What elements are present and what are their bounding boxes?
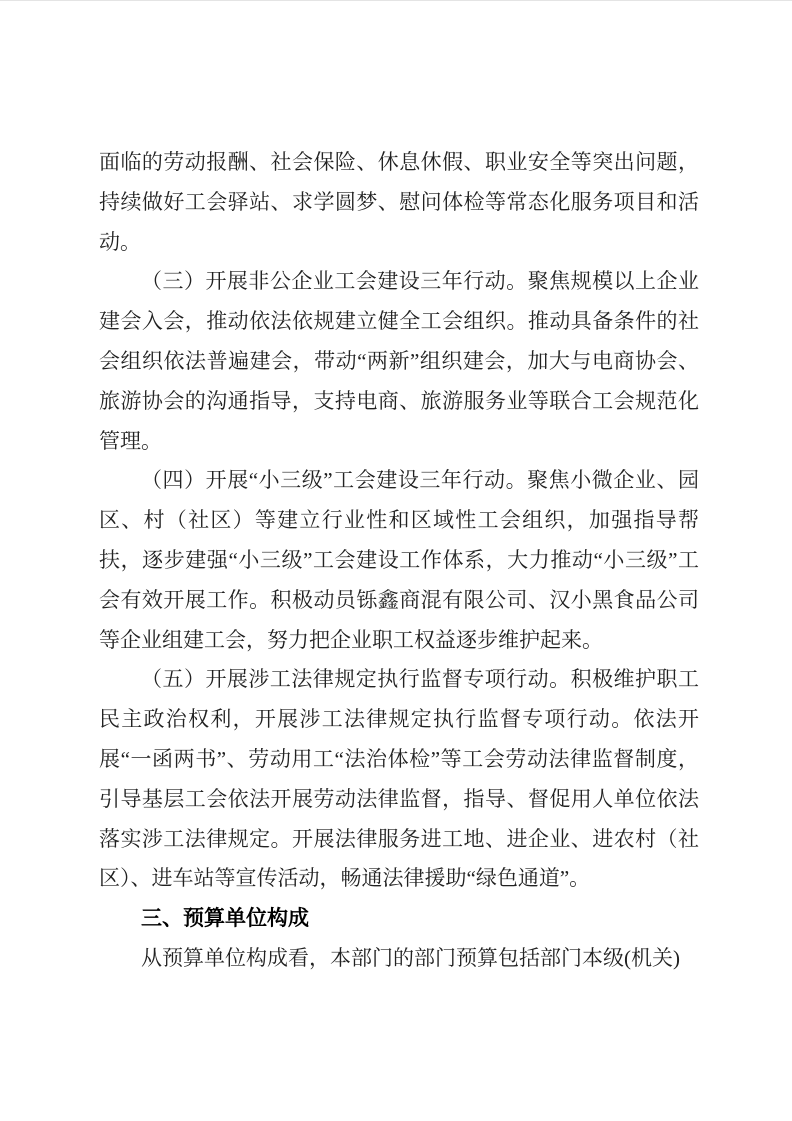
paragraph-item-5-legal-supervision: （五）开展涉工法律规定执行监督专项行动。积极维护职工民主政治权利，开展涉工法律规… <box>99 660 699 899</box>
paragraph-item-4-small-three-level: （四）开展“小三级”工会建设三年行动。聚焦小微企业、园区、村（社区）等建立行业性… <box>99 461 699 660</box>
paragraph-item-3-nonpublic-union: （三）开展非公企业工会建设三年行动。聚焦规模以上企业建会入会，推动依法依规建立健… <box>99 262 699 461</box>
paragraph-worker-services-continuation: 面临的劳动报酬、社会保险、休息休假、职业安全等突出问题，持续做好工会驿站、求学圆… <box>99 143 699 262</box>
section-heading-budget-unit-composition: 三、预算单位构成 <box>99 899 699 939</box>
document-content: 面临的劳动报酬、社会保险、休息休假、职业安全等突出问题，持续做好工会驿站、求学圆… <box>99 143 699 979</box>
paragraph-budget-unit-intro: 从预算单位构成看，本部门的部门预算包括部门本级(机关) <box>99 939 699 979</box>
document-page: 面临的劳动报酬、社会保险、休息休假、职业安全等突出问题，持续做好工会驿站、求学圆… <box>0 0 792 1121</box>
